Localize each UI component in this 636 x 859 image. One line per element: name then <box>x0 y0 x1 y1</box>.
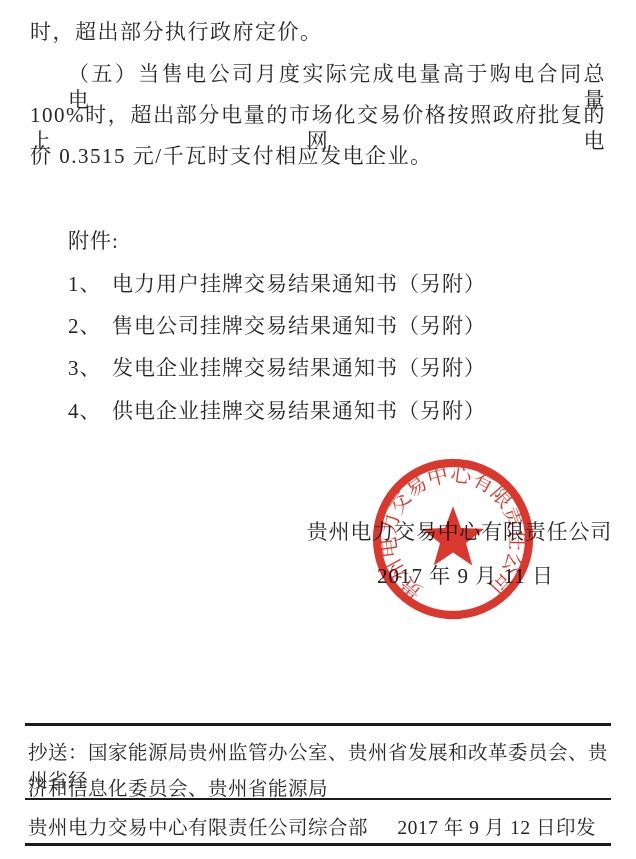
footer-divider-top <box>25 723 611 726</box>
footer-divider-bottom <box>25 843 611 846</box>
paragraph-carryover: 时，超出部分执行政府定价。 <box>30 19 323 45</box>
seal-star-icon <box>422 506 484 565</box>
attachment-title: 售电公司挂牌交易结果通知书（另附） <box>112 310 486 340</box>
attachment-number: 1、 <box>68 268 112 298</box>
attachment-item-3: 3、 发电企业挂牌交易结果通知书（另附） <box>68 352 486 382</box>
attachment-title: 发电企业挂牌交易结果通知书（另附） <box>112 352 486 382</box>
document-page: 时，超出部分执行政府定价。 （五）当售电公司月度实际完成电量高于购电合同总电量 … <box>0 0 636 859</box>
print-date: 2017 年 9 月 12 日印发 <box>397 812 596 840</box>
footer-issue-row: 贵州电力交易中心有限责任公司综合部 2017 年 9 月 12 日印发 <box>28 812 596 840</box>
attachment-title: 供电企业挂牌交易结果通知书（另附） <box>112 395 486 425</box>
attachment-item-4: 4、 供电企业挂牌交易结果通知书（另附） <box>68 395 486 425</box>
attachment-number: 3、 <box>68 352 112 382</box>
attachment-item-1: 1、 电力用户挂牌交易结果通知书（另附） <box>68 268 486 298</box>
footer-divider-middle <box>25 798 611 800</box>
attachment-item-2: 2、 售电公司挂牌交易结果通知书（另附） <box>68 310 486 340</box>
attachments-label: 附件: <box>68 228 119 254</box>
attachment-number: 4、 <box>68 395 112 425</box>
attachment-number: 2、 <box>68 310 112 340</box>
issuing-department: 贵州电力交易中心有限责任公司综合部 <box>28 812 368 840</box>
paragraph-5-line3: 价 0.3515 元/千瓦时支付相应发电企业。 <box>30 143 433 169</box>
official-seal-stamp-icon: 贵州电力交易中心有限责任公司 <box>362 448 544 630</box>
attachment-title: 电力用户挂牌交易结果通知书（另附） <box>112 268 486 298</box>
cc-list-line2: 济和信息化委员会、贵州省能源局 <box>28 773 610 801</box>
